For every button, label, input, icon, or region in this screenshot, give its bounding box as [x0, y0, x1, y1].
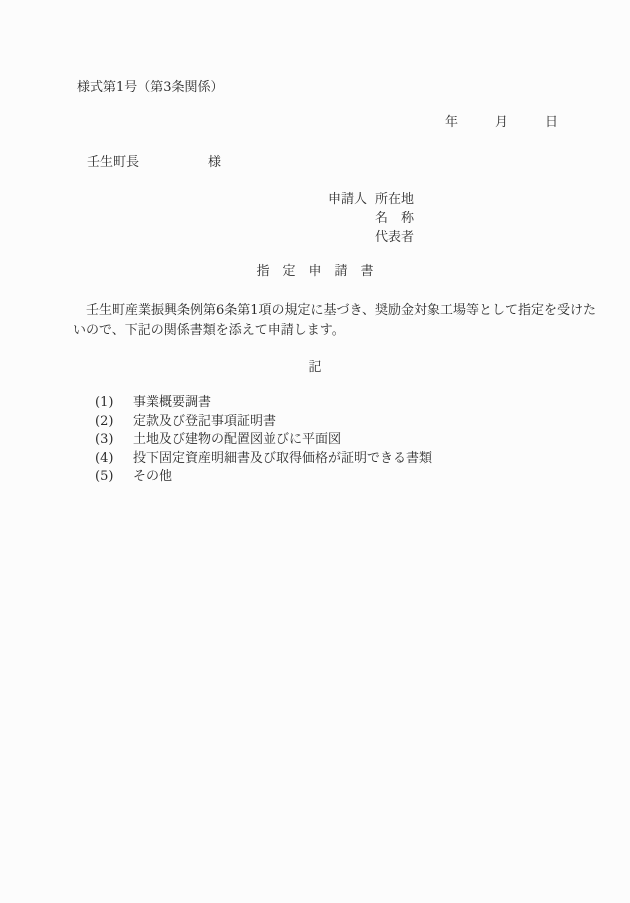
attachment-list: (1) 事業概要調書 (2) 定款及び登記事項証明書 (3) 土地及び建物の配置… [95, 394, 432, 487]
form-number: 様式第1号（第3条関係） [77, 78, 224, 98]
item-label: 定款及び登記事項証明書 [133, 413, 276, 432]
list-item: (1) 事業概要調書 [95, 394, 432, 413]
date-line: 年 月 日 [445, 113, 558, 133]
item-label: 土地及び建物の配置図並びに平面図 [133, 431, 341, 450]
list-item: (5) その他 [95, 468, 432, 487]
addressee-title: 壬生町長 [87, 155, 139, 170]
date-day-label: 日 [545, 113, 558, 133]
addressee-line: 壬生町長様 [87, 153, 221, 173]
body-paragraph: 壬生町産業振興条例第6条第1項の規定に基づき、奨励金対象工場等として指定を受けた… [73, 301, 578, 341]
date-month-label: 月 [495, 113, 508, 133]
body-line-2: いので、下記の関係書類を添えて申請します。 [73, 321, 578, 341]
item-number: (3) [95, 431, 117, 450]
applicant-representative-label: 代表者 [375, 228, 414, 247]
addressee-honorific: 様 [208, 155, 221, 170]
list-item: (4) 投下固定資産明細書及び取得価格が証明できる書類 [95, 450, 432, 469]
applicant-block: 申請人 所在地 名 称 代表者 [328, 190, 414, 247]
body-line-1: 壬生町産業振興条例第6条第1項の規定に基づき、奨励金対象工場等として指定を受けた [73, 301, 578, 321]
date-year-label: 年 [445, 113, 458, 133]
item-label: 事業概要調書 [133, 394, 211, 413]
item-number: (5) [95, 468, 117, 487]
application-form-page: 様式第1号（第3条関係） 年 月 日 壬生町長様 申請人 所在地 名 称 代表者… [0, 0, 630, 903]
item-number: (4) [95, 450, 117, 469]
item-number: (1) [95, 394, 117, 413]
item-label: 投下固定資産明細書及び取得価格が証明できる書類 [133, 450, 432, 469]
item-label: その他 [133, 468, 172, 487]
document-title: 指 定 申 請 書 [0, 262, 630, 282]
list-item: (3) 土地及び建物の配置図並びに平面図 [95, 431, 432, 450]
applicant-address-label: 所在地 [375, 190, 414, 209]
item-number: (2) [95, 413, 117, 432]
list-item: (2) 定款及び登記事項証明書 [95, 413, 432, 432]
applicant-label: 申請人 [328, 190, 375, 247]
applicant-name-label: 名 称 [375, 209, 414, 228]
applicant-fields: 所在地 名 称 代表者 [375, 190, 414, 247]
record-heading: 記 [0, 358, 630, 378]
